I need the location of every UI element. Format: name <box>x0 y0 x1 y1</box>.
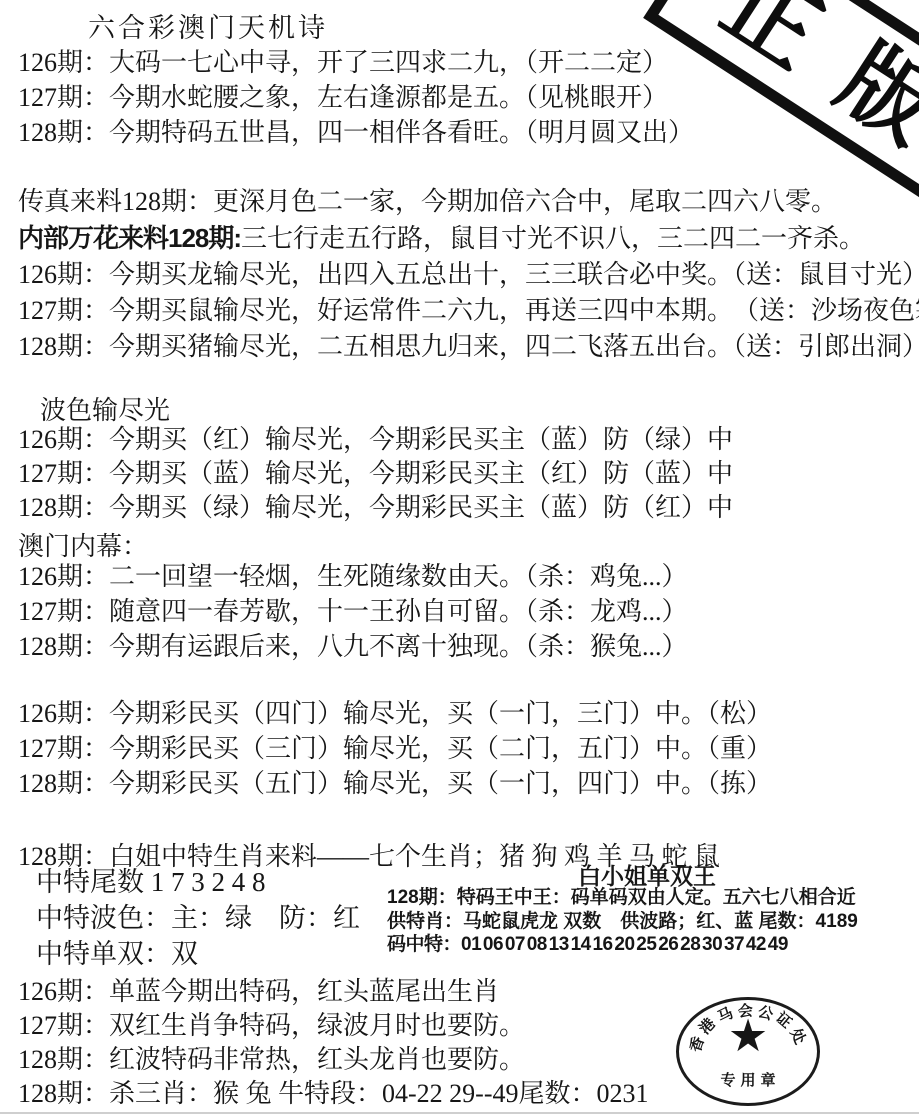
issue-label: 126期： <box>18 260 109 289</box>
line-text: 今期彩民买（四门）输尽光，买（一门，三门）中。（松） <box>109 699 772 728</box>
issue-label: 127期： <box>18 1011 109 1040</box>
final-line: 127期：双红生肖争特码，绿波月时也要防。 <box>18 1009 649 1043</box>
poem-line: 128期：今期特码五世昌，四一相伴各看旺。（明月圆又出） <box>18 115 694 150</box>
issue-label: 128期： <box>18 332 109 361</box>
seal-bottom-text: 专用章 <box>679 1073 817 1088</box>
star-icon: ★ <box>679 1013 817 1058</box>
line-text: 今期买（红）输尽光，今期彩民买主（蓝）防（绿）中 <box>109 425 733 454</box>
issue-label: 128期： <box>18 632 109 661</box>
fax-line: 127期：今期买鼠输尽光，好运常件二六九，再送三四中本期。 （送：沙场夜色寒） <box>18 293 919 329</box>
issue-label: 127期： <box>18 296 109 325</box>
line-text: 二一回望一轻烟，生死随缘数由天。（杀：鸡兔...） <box>109 562 688 591</box>
line-text: 今期买龙输尽光，出四入五总出十，三三联合必中奖。（送：鼠目寸光） <box>109 260 919 289</box>
doors-block: 126期：今期彩民买（四门）输尽光，买（一门，三门）中。（松） 127期：今期彩… <box>18 696 772 801</box>
line-text: 今期买（绿）输尽光，今期彩民买主（蓝）防（红）中 <box>109 493 733 522</box>
issue-label: 128期： <box>18 493 109 522</box>
fax-line: 126期：今期买龙输尽光，出四入五总出十，三三联合必中奖。（送：鼠目寸光） <box>18 257 919 293</box>
source-label: 传真来料128期： <box>18 187 213 216</box>
special-left-block: 中特尾数 1 7 3 2 4 8 中特波色：主：绿 防：红 中特单双：双 <box>36 864 360 972</box>
issue-label: 128期： <box>18 1079 109 1108</box>
line-text: 今期买鼠输尽光，好运常件二六九，再送三四中本期。 （送：沙场夜色寒） <box>109 296 919 325</box>
king-line: 128期：特码王中王：码单码双由人定。五六七八相合近 <box>387 886 858 910</box>
issue-label: 128期： <box>18 769 109 798</box>
line-text: 更深月色二一家，今期加倍六合中，尾取二四六八零。 <box>213 187 837 216</box>
supply-line: 供特肖：马蛇鼠虎龙 双数 供波路；红、蓝 尾数：4189 <box>387 910 858 934</box>
fax-line: 传真来料128期：更深月色二一家，今期加倍六合中，尾取二四六八零。 <box>18 184 919 220</box>
issue-label: 127期： <box>18 459 109 488</box>
issue-label: 128期： <box>18 1045 109 1074</box>
insider-line: 127期：随意四一春芳歇，十一王孙自可留。（杀：龙鸡...） <box>18 594 688 629</box>
genuine-stamp-label: 正版 <box>670 0 919 183</box>
special-wave-line: 中特波色：主：绿 防：红 <box>36 900 360 936</box>
line-text: 今期买猪输尽光，二五相思九归来，四二飞落五出台。（送：引郎出洞） <box>109 332 919 361</box>
line-text: 今期彩民买（三门）输尽光，买（二门，五门）中。（重） <box>109 734 772 763</box>
special-oddeven-line: 中特单双：双 <box>36 936 360 972</box>
wave-color-heading: 波色输尽光 <box>40 390 170 427</box>
issue-label: 126期： <box>18 48 109 77</box>
issue-label: 126期： <box>18 425 109 454</box>
insider-line: 126期：二一回望一轻烟，生死随缘数由天。（杀：鸡兔...） <box>18 559 688 594</box>
issue-label: 126期： <box>18 977 109 1006</box>
insider-line: 128期：今期有运跟后来，八九不离十独现。（杀：猴兔...） <box>18 629 688 664</box>
fax-line: 128期：今期买猪输尽光，二五相思九归来，四二飞落五出台。（送：引郎出洞） <box>18 329 919 365</box>
line-text: 今期水蛇腰之象，左右逢源都是五。（见桃眼开） <box>109 83 668 112</box>
poem-line: 126期：大码一七心中寻，开了三四求二九，（开二二定） <box>18 45 694 80</box>
numbers-line: 码中特：01 06 07 08 13 14 16 20 25 26 28 30 … <box>387 933 858 957</box>
page-title: 六合彩澳门天机诗 <box>88 6 328 45</box>
line-text: 红波特码非常热，红头龙肖也要防。 <box>109 1045 525 1074</box>
line-text: 今期买（蓝）输尽光，今期彩民买主（红）防（蓝）中 <box>109 459 733 488</box>
line-text: 今期有运跟后来，八九不离十独现。（杀：猴兔...） <box>109 632 688 661</box>
issue-label: 127期： <box>18 83 109 112</box>
fax-line: 内部万花来料128期:三七行走五行路，鼠目寸光不识八，三二四二一齐杀。 <box>18 220 919 257</box>
issue-label: 128期： <box>18 118 109 147</box>
certification-seal: 香 港 马 会 公 证 处 ★ 专用章 <box>676 997 820 1106</box>
line-text: 双红生肖争特码，绿波月时也要防。 <box>109 1011 525 1040</box>
line-text: 三七行走五行路，鼠目寸光不识八，三二四二一齐杀。 <box>241 224 865 253</box>
wave-line: 128期：今期买（绿）输尽光，今期彩民买主（蓝）防（红）中 <box>18 491 733 525</box>
scan-edge-line <box>0 1112 919 1114</box>
final-line: 126期：单蓝今期出特码，红头蓝尾出生肖 <box>18 975 649 1009</box>
final-block: 126期：单蓝今期出特码，红头蓝尾出生肖 127期：双红生肖争特码，绿波月时也要… <box>18 975 649 1111</box>
final-line: 128期：红波特码非常热，红头龙肖也要防。 <box>18 1043 649 1077</box>
source-label: 内部万花来料128期: <box>18 223 241 253</box>
issue-label: 126期： <box>18 699 109 728</box>
issue-label: 126期： <box>18 562 109 591</box>
final-line: 128期：杀三肖：猴 兔 牛特段：04-22 29--49尾数：0231 <box>18 1077 649 1111</box>
line-text: 杀三肖：猴 兔 牛特段：04-22 29--49尾数：0231 <box>109 1079 648 1108</box>
line-text: 今期彩民买（五门）输尽光，买（一门，四门）中。（拣） <box>109 769 772 798</box>
doors-line: 128期：今期彩民买（五门）输尽光，买（一门，四门）中。（拣） <box>18 766 772 801</box>
issue-label: 127期： <box>18 597 109 626</box>
issue-label: 127期： <box>18 734 109 763</box>
baixiaojie-block: 128期：特码王中王：码单码双由人定。五六七八相合近 供特肖：马蛇鼠虎龙 双数 … <box>387 886 858 957</box>
doors-line: 127期：今期彩民买（三门）输尽光，买（二门，五门）中。（重） <box>18 731 772 766</box>
poems-block: 126期：大码一七心中寻，开了三四求二九，（开二二定） 127期：今期水蛇腰之象… <box>18 45 694 150</box>
line-text: 大码一七心中寻，开了三四求二九，（开二二定） <box>109 48 668 77</box>
line-text: 单蓝今期出特码，红头蓝尾出生肖 <box>109 977 499 1006</box>
wave-line: 127期：今期买（蓝）输尽光，今期彩民买主（红）防（蓝）中 <box>18 457 733 491</box>
macau-insider-heading: 澳门内幕： <box>18 526 148 563</box>
macau-insider-block: 126期：二一回望一轻烟，生死随缘数由天。（杀：鸡兔...） 127期：随意四一… <box>18 559 688 664</box>
line-text: 今期特码五世昌，四一相伴各看旺。（明月圆又出） <box>109 118 694 147</box>
line-text: 随意四一春芳歇，十一王孙自可留。（杀：龙鸡...） <box>109 597 688 626</box>
fax-block: 传真来料128期：更深月色二一家，今期加倍六合中，尾取二四六八零。 内部万花来料… <box>18 184 919 365</box>
wave-line: 126期：今期买（红）输尽光，今期彩民买主（蓝）防（绿）中 <box>18 423 733 457</box>
poem-line: 127期：今期水蛇腰之象，左右逢源都是五。（见桃眼开） <box>18 80 694 115</box>
special-tail-line: 中特尾数 1 7 3 2 4 8 <box>36 864 360 900</box>
doors-line: 126期：今期彩民买（四门）输尽光，买（一门，三门）中。（松） <box>18 696 772 731</box>
wave-color-block: 126期：今期买（红）输尽光，今期彩民买主（蓝）防（绿）中 127期：今期买（蓝… <box>18 423 733 525</box>
